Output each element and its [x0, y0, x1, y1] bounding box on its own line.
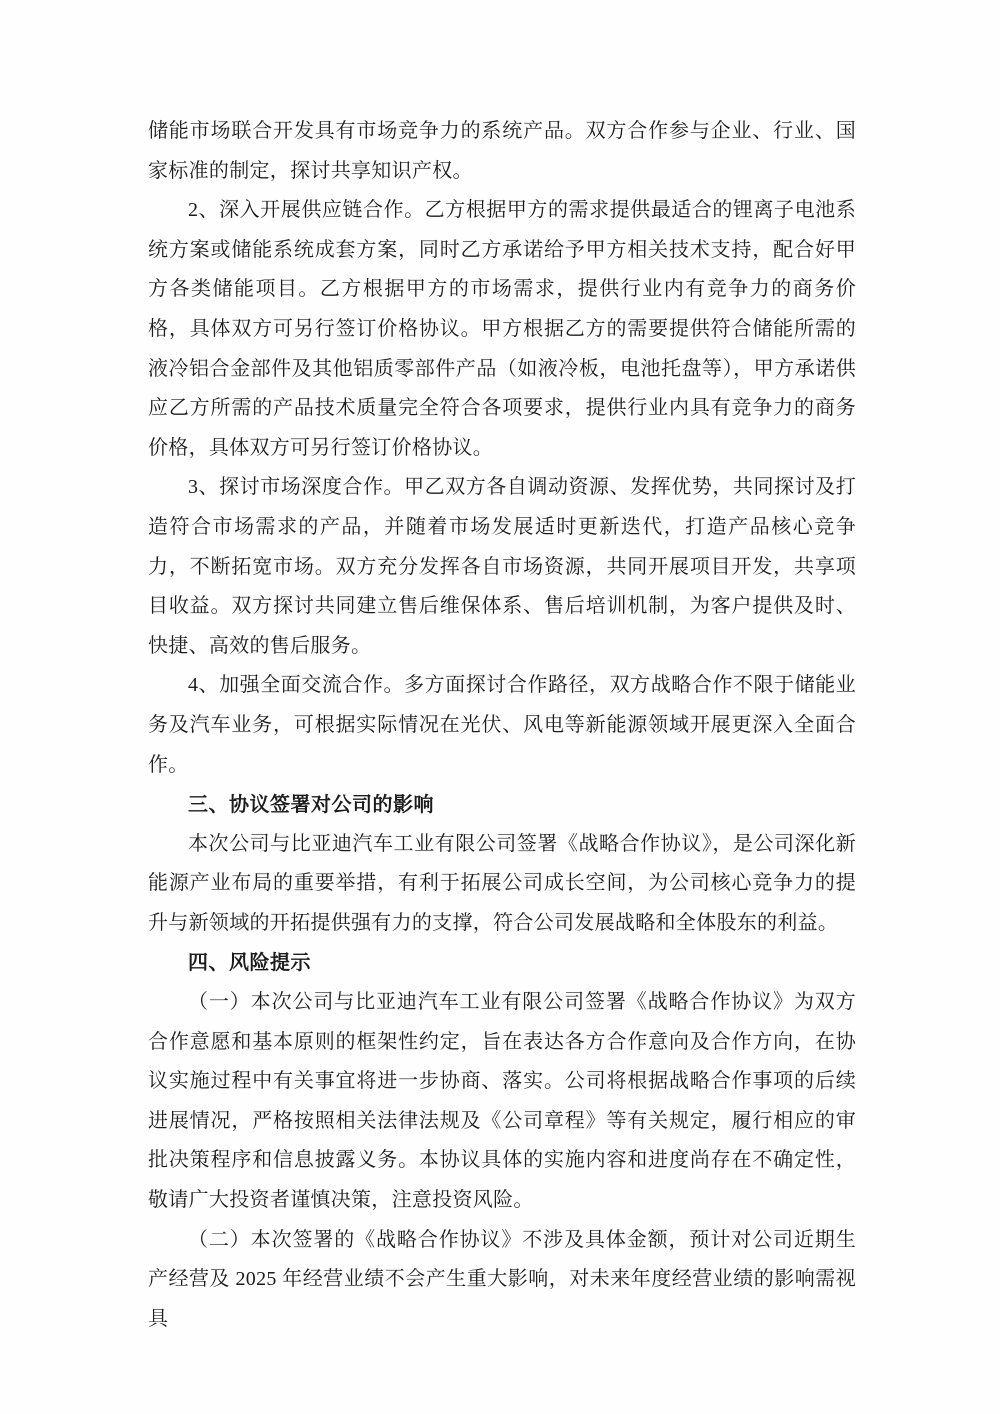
paragraph: 3、探讨市场深度合作。甲乙双方各自调动资源、发挥优势，共同探讨及打造符合市场需求… [148, 468, 856, 666]
paragraph: （一）本次公司与比亚迪汽车工业有限公司签署《战略合作协议》为双方合作意愿和基本原… [148, 983, 856, 1221]
section-heading: 三、协议签署对公司的影响 [148, 785, 856, 825]
paragraph: （二）本次签署的《战略合作协议》不涉及具体金额，预计对公司近期生产经营及 202… [148, 1221, 856, 1340]
paragraph: 储能市场联合开发具有市场竞争力的系统产品。双方合作参与企业、行业、国家标准的制定… [148, 112, 856, 191]
paragraph: 4、加强全面交流合作。多方面探讨合作路径，双方战略合作不限于储能业务及汽车业务，… [148, 666, 856, 785]
document-page: 储能市场联合开发具有市场竞争力的系统产品。双方合作参与企业、行业、国家标准的制定… [0, 0, 1000, 1414]
paragraph: 2、深入开展供应链合作。乙方根据甲方的需求提供最适合的锂离子电池系统方案或储能系… [148, 191, 856, 468]
document-body: 储能市场联合开发具有市场竞争力的系统产品。双方合作参与企业、行业、国家标准的制定… [148, 112, 856, 1339]
paragraph: 本次公司与比亚迪汽车工业有限公司签署《战略合作协议》，是公司深化新能源产业布局的… [148, 825, 856, 944]
section-heading: 四、风险提示 [148, 943, 856, 983]
